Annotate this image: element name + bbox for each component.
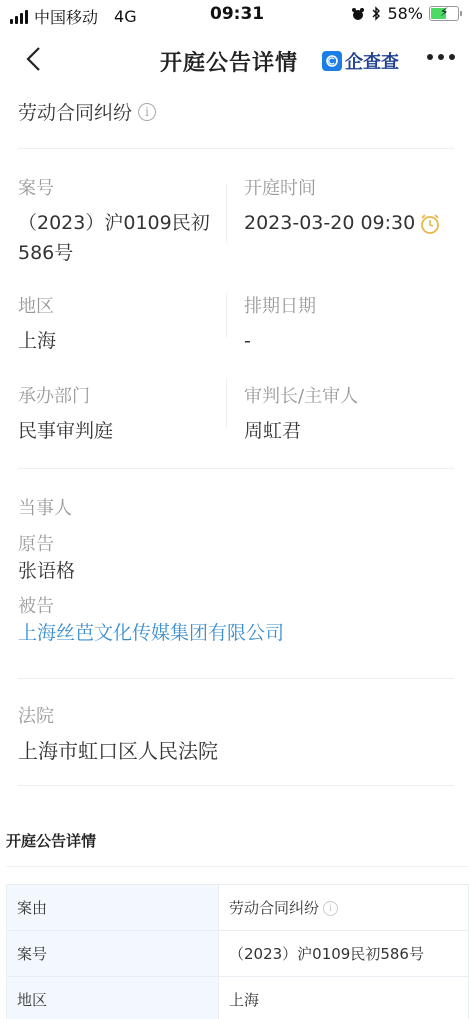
battery-charging-icon: ⚡ — [429, 6, 459, 21]
detail-table: 案由 劳动合同纠纷i 案号 （2023）沪0109民初586号 地区 上海 — [6, 884, 469, 1019]
field-department: 承办部门 民事审判庭 — [18, 382, 113, 446]
parties-label: 当事人 — [18, 494, 284, 520]
back-button[interactable] — [20, 44, 50, 74]
field-case-number: 案号 （2023）沪0109民初586号 — [18, 174, 218, 268]
info-icon[interactable]: i — [323, 901, 338, 916]
parties-section: 当事人 原告 张语格 被告 上海丝芭文化传媒集团有限公司 — [18, 494, 284, 648]
schedule-date-value: - — [244, 326, 316, 356]
more-dots-icon — [427, 54, 433, 60]
field-schedule-date: 排期日期 - — [244, 292, 316, 356]
bluetooth-icon — [371, 6, 381, 21]
carrier-name: 中国移动 — [34, 5, 98, 28]
field-court: 法院 上海市虹口区人民法院 — [18, 702, 218, 766]
judge-value: 周虹君 — [244, 416, 358, 446]
table-row: 地区 上海 — [7, 977, 469, 1019]
case-cause-value: 劳动合同纠纷 — [18, 98, 132, 125]
plaintiff-label: 原告 — [18, 530, 284, 556]
battery-percent: 58% — [387, 4, 423, 23]
nav-bar: 开庭公告详情 企查查 — [0, 32, 469, 88]
alarm-clock-icon[interactable] — [419, 213, 441, 235]
more-button[interactable] — [427, 48, 455, 66]
status-bar: 中国移动 4G 09:31 58% ⚡ — [0, 0, 469, 32]
network-type: 4G — [114, 7, 137, 26]
brand-name: 企查查 — [345, 48, 399, 74]
field-hearing-time: 开庭时间 2023-03-20 09:30 — [244, 174, 454, 238]
divider — [18, 148, 454, 149]
case-number-value: （2023）沪0109民初586号 — [18, 208, 218, 268]
table-row: 案号 （2023）沪0109民初586号 — [7, 931, 469, 977]
hearing-time-value: 2023-03-20 09:30 — [244, 212, 415, 234]
signal-icon — [10, 10, 28, 24]
alarm-icon — [351, 7, 365, 21]
panel-title: 开庭公告详情 — [6, 830, 96, 851]
clock: 09:31 — [210, 4, 264, 24]
court-value: 上海市虹口区人民法院 — [18, 736, 218, 766]
plaintiff-name: 张语格 — [18, 556, 284, 586]
brand-logo: 企查查 — [322, 48, 399, 74]
department-value: 民事审判庭 — [18, 416, 113, 446]
table-row: 案由 劳动合同纠纷i — [7, 885, 469, 931]
qichacha-logo-icon — [322, 51, 342, 71]
defendant-link[interactable]: 上海丝芭文化传媒集团有限公司 — [18, 618, 284, 648]
defendant-label: 被告 — [18, 592, 284, 618]
detail-table-panel: 开庭公告详情 案由 劳动合同纠纷i 案号 （2023）沪0109民初586号 地… — [0, 818, 469, 1019]
page-title: 开庭公告详情 — [160, 46, 298, 77]
info-icon[interactable]: i — [138, 103, 156, 121]
case-cause: 劳动合同纠纷 i — [18, 98, 156, 125]
field-presiding-judge: 审判长/主审人 周虹君 — [244, 382, 358, 446]
region-value: 上海 — [18, 326, 56, 356]
chevron-left-icon — [20, 44, 50, 74]
field-region: 地区 上海 — [18, 292, 56, 356]
